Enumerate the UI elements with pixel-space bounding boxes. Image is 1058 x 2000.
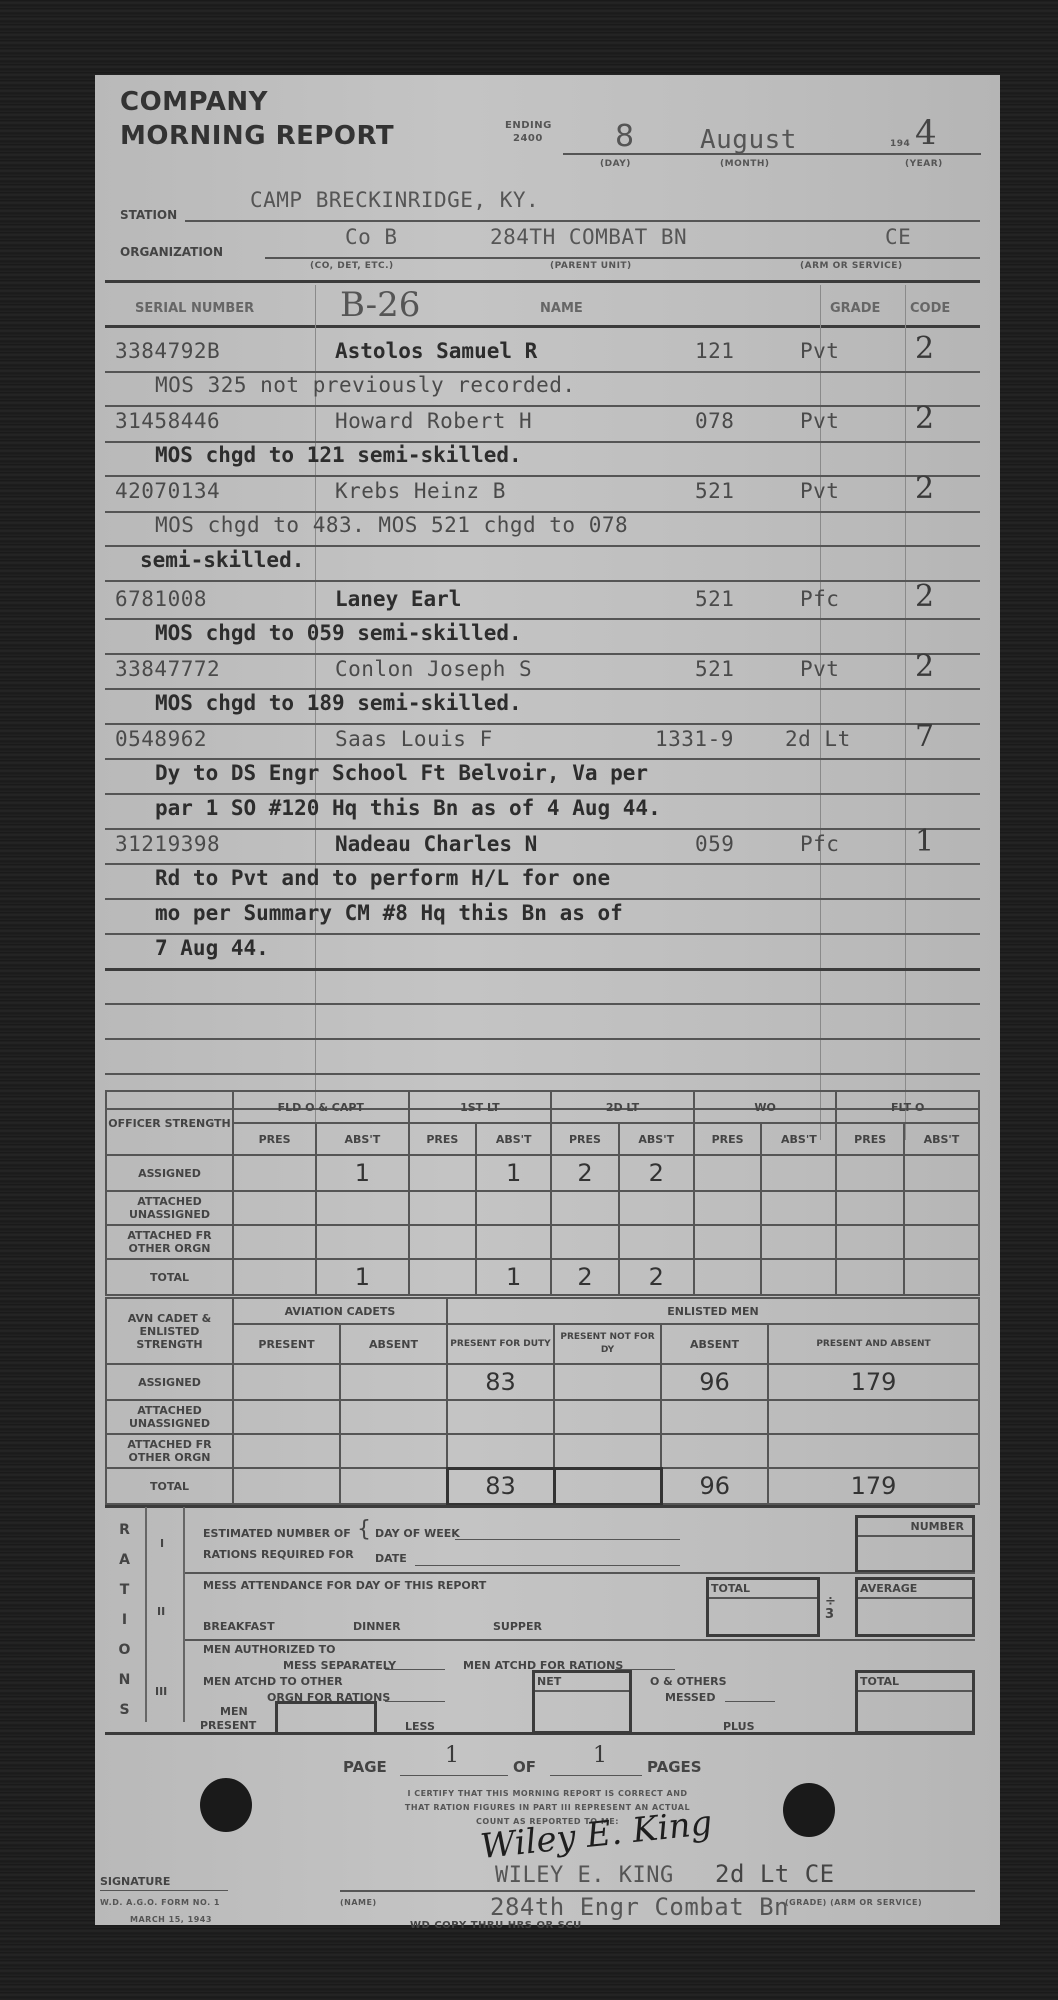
page-annotation: B-26 (340, 285, 420, 325)
year-prefix: 194 (890, 139, 910, 149)
group-2d-lt: 2D LT (551, 1091, 694, 1123)
sub-pres: PRES (551, 1123, 619, 1155)
report-year-digit: 4 (915, 113, 937, 153)
soldier-name: Krebs Heinz B (335, 479, 506, 503)
company-value: Co B (345, 225, 398, 249)
group-1st-lt: 1ST LT (409, 1091, 552, 1123)
entry-remark: MOS 325 not previously recorded. (155, 373, 576, 397)
serial-number: 33847772 (115, 657, 220, 681)
mess-average-box: AVERAGE (855, 1577, 975, 1637)
entry-row: 3384792B Astolos Samuel R 121 Pvt 2 (95, 337, 965, 371)
officer-row-attached-unassigned: ATTACHED UNASSIGNED (106, 1191, 979, 1225)
form-title-line1: COMPANY (120, 87, 268, 117)
officer-row-attached-other: ATTACHED FR OTHER ORGN (106, 1225, 979, 1259)
officer-strength-title: OFFICER STRENGTH (106, 1091, 233, 1155)
month-caption: (MONTH) (720, 159, 770, 169)
soldier-name: Laney Earl (335, 587, 461, 611)
enlisted-strength-title: AVN CADET & ENLISTED STRENGTH (106, 1298, 233, 1364)
enlisted-strength-table: AVN CADET & ENLISTED STRENGTH AVIATION C… (105, 1297, 980, 1506)
grade: Pfc (800, 587, 839, 611)
copy-stamp: WD COPY THRU HRS OR SCU (410, 1920, 582, 1931)
year-caption: (YEAR) (905, 159, 943, 169)
sub-abst: ABS'T (476, 1123, 551, 1155)
entry-remark: par 1 SO #120 Hq this Bn as of 4 Aug 44. (155, 796, 661, 820)
mos-code: 521 (695, 587, 734, 611)
entry-remark: Dy to DS Engr School Ft Belvoir, Va per (155, 761, 648, 785)
certify-line2: THAT RATION FIGURES IN PART III REPRESEN… (95, 1803, 1000, 1812)
station-label: STATION (120, 208, 177, 222)
soldier-name: Astolos Samuel R (335, 339, 537, 363)
men-present-box (275, 1701, 377, 1734)
mos-code: 059 (695, 832, 734, 856)
company-caption: (CO, DET, ETC.) (310, 261, 394, 271)
page-number: 1 (445, 1743, 459, 1768)
entry-code: 7 (915, 719, 934, 754)
ending-time: 2400 (513, 133, 543, 144)
entry-remark: MOS chgd to 059 semi-skilled. (155, 621, 522, 645)
day-caption: (DAY) (600, 159, 631, 169)
form-date: MARCH 15, 1943 (130, 1915, 212, 1924)
serial-number: 6781008 (115, 587, 207, 611)
parent-unit-value: 284TH COMBAT BN (490, 225, 687, 249)
entry-row: 6781008 Laney Earl 521 Pfc 2 (95, 585, 965, 619)
enlisted-row-assigned: ASSIGNED 83 96 179 (106, 1364, 979, 1400)
entry-row: 31458446 Howard Robert H 078 Pvt 2 (95, 407, 965, 441)
entry-code: 2 (915, 579, 934, 614)
serial-number: 42070134 (115, 479, 220, 503)
grade: 2d Lt (785, 727, 851, 751)
entry-code: 1 (915, 824, 934, 859)
form-number: W.D. A.G.O. FORM NO. 1 (100, 1898, 220, 1907)
grade: Pvt (800, 479, 839, 503)
officer-strength-table: OFFICER STRENGTH FLD O & CAPT 1ST LT 2D … (105, 1090, 980, 1296)
serial-number: 0548962 (115, 727, 207, 751)
ration-total-box: TOTAL (855, 1670, 975, 1734)
serial-number-header: SERIAL NUMBER (135, 301, 254, 316)
group-enlisted-men: ENLISTED MEN (447, 1298, 979, 1324)
ending-label: ENDING (505, 120, 552, 131)
group-wo: WO (694, 1091, 837, 1123)
mess-total-box: TOTAL (706, 1577, 820, 1637)
soldier-name: Conlon Joseph S (335, 657, 532, 681)
entry-remark: 7 Aug 44. (155, 936, 269, 960)
serial-number: 31458446 (115, 409, 220, 433)
report-day: 8 (615, 119, 634, 154)
grade: Pfc (800, 832, 839, 856)
entry-remark: Rd to Pvt and to perform H/L for one (155, 866, 610, 890)
of-label: OF (513, 1761, 536, 1774)
sub-pres: PRES (233, 1123, 316, 1155)
morning-report-form: COMPANY MORNING REPORT ENDING 2400 8 (DA… (95, 75, 1000, 1925)
officer-row-total: TOTAL 1 1 2 2 (106, 1259, 979, 1295)
soldier-name: Howard Robert H (335, 409, 532, 433)
signer-grade: 2d Lt CE (715, 1860, 835, 1888)
mos-code: 521 (695, 657, 734, 681)
mos-code: 521 (695, 479, 734, 503)
page-label: PAGE (343, 1761, 387, 1774)
pages-label: PAGES (647, 1761, 702, 1774)
serial-number: 31219398 (115, 832, 220, 856)
entry-code: 2 (915, 401, 934, 436)
grade: Pvt (800, 657, 839, 681)
parent-unit-caption: (PARENT UNIT) (550, 261, 632, 271)
group-flt-o: FLT O (836, 1091, 979, 1123)
enlisted-row-attached-other: ATTACHED FR OTHER ORGN (106, 1434, 979, 1468)
ration-net-box: NET (532, 1670, 632, 1734)
enlisted-row-attached-unassigned: ATTACHED UNASSIGNED (106, 1400, 979, 1434)
soldier-name: Nadeau Charles N (335, 832, 537, 856)
ration-number-box: NUMBER (855, 1515, 975, 1573)
entry-row: 42070134 Krebs Heinz B 521 Pvt 2 (95, 477, 965, 511)
soldier-name: Saas Louis F (335, 727, 493, 751)
entry-code: 2 (915, 649, 934, 684)
grade: Pvt (800, 339, 839, 363)
entry-row: 31219398 Nadeau Charles N 059 Pfc 1 (95, 830, 965, 864)
serial-number: 3384792B (115, 339, 220, 363)
sub-abst: ABS'T (904, 1123, 979, 1155)
entry-remark: MOS chgd to 483. MOS 521 chgd to 078 (155, 513, 628, 537)
arm-service-caption: (ARM OR SERVICE) (800, 261, 903, 271)
grade: Pvt (800, 409, 839, 433)
handwritten-signature: Wiley E. King (479, 1803, 715, 1867)
sub-abst: ABS'T (619, 1123, 694, 1155)
entry-row: 33847772 Conlon Joseph S 521 Pvt 2 (95, 655, 965, 689)
form-title-line2: MORNING REPORT (120, 121, 394, 151)
grade-header: GRADE (830, 301, 880, 316)
group-aviation-cadets: AVIATION CADETS (233, 1298, 447, 1324)
entry-remark: MOS chgd to 189 semi-skilled. (155, 691, 522, 715)
entry-remark: mo per Summary CM #8 Hq this Bn as of (155, 901, 623, 925)
enlisted-row-total: TOTAL 83 96 179 (106, 1468, 979, 1504)
sub-abst: ABS'T (761, 1123, 836, 1155)
arm-service-value: CE (885, 225, 911, 249)
sub-pres: PRES (694, 1123, 762, 1155)
entry-row: 0548962 Saas Louis F 1331-9 2d Lt 7 (95, 725, 965, 759)
mos-code: 121 (695, 339, 734, 363)
group-fld-o-capt: FLD O & CAPT (233, 1091, 409, 1123)
rations-side-label: RATIONS (117, 1515, 132, 1725)
code-header: CODE (910, 301, 950, 316)
report-month: August (700, 125, 797, 155)
officer-row-assigned: ASSIGNED 1 1 2 2 (106, 1155, 979, 1191)
mos-code: 078 (695, 409, 734, 433)
signature-label: SIGNATURE (100, 1875, 170, 1888)
entry-remark: semi-skilled. (140, 548, 304, 572)
name-header: NAME (540, 301, 583, 316)
entry-remark: MOS chgd to 121 semi-skilled. (155, 443, 522, 467)
grade-caption: (GRADE) (ARM OR SERVICE) (785, 1898, 922, 1907)
mos-code: 1331-9 (655, 727, 734, 751)
sub-pres: PRES (409, 1123, 477, 1155)
entry-code: 2 (915, 471, 934, 506)
sub-pres: PRES (836, 1123, 904, 1155)
station-value: CAMP BRECKINRIDGE, KY. (250, 188, 539, 212)
sub-abst: ABS'T (316, 1123, 408, 1155)
certify-line1: I CERTIFY THAT THIS MORNING REPORT IS CO… (95, 1789, 1000, 1798)
unit-name: 284th Engr Combat Bn (490, 1893, 789, 1921)
organization-label: ORGANIZATION (120, 245, 223, 259)
signer-name: WILEY E. KING (495, 1863, 674, 1888)
total-pages: 1 (593, 1743, 607, 1768)
name-caption: (NAME) (340, 1898, 377, 1907)
entry-code: 2 (915, 331, 934, 366)
